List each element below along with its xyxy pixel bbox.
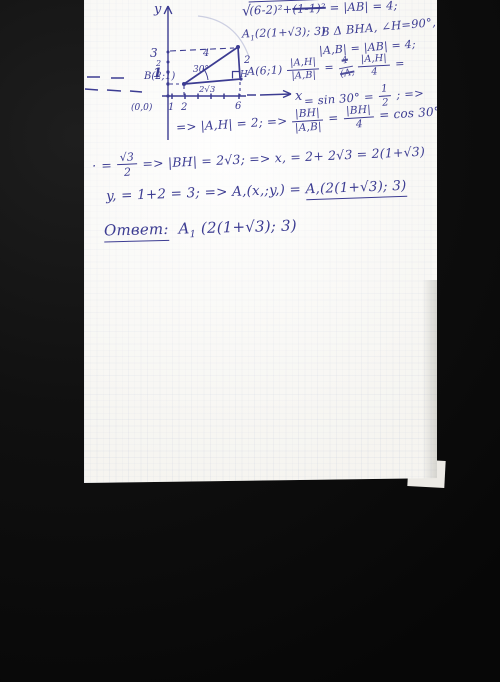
fraction: |BH|4: [343, 104, 375, 130]
x-tick-1: 1: [168, 102, 174, 113]
fraction: √32: [116, 151, 138, 177]
work-line-2a: A1(2(1+√3); 3): [242, 26, 326, 43]
worksheet-paper: y x 1 2 6 (0,0) 3 2 1: [84, 0, 437, 483]
base-length-label: 2√3: [198, 85, 215, 95]
y-axis-label: y: [153, 2, 162, 17]
final-answer: A1 (2(1+√3); 3): [173, 216, 297, 237]
x-tick-6: 6: [235, 101, 242, 112]
origin-label: (0,0): [131, 102, 153, 113]
fraction: |BH||A,B|: [292, 108, 324, 134]
angle-label: 30°: [193, 65, 209, 75]
hyp-length-label: 4: [202, 48, 209, 59]
paper-edge-shadow: [422, 280, 437, 483]
y-tick-3: 3: [150, 46, 158, 60]
photo-background: y x 1 2 6 (0,0) 3 2 1: [0, 0, 500, 682]
fraction: |A,H||A,B|: [287, 57, 320, 82]
x-axis-label: x: [295, 89, 303, 104]
crossed-out-fraction: 4(A,: [337, 55, 356, 80]
fraction: |A,H|4: [358, 54, 391, 79]
answer-label: Ответ:: [104, 220, 169, 243]
underlined-result: A,(2(1+√3); 3): [305, 178, 407, 201]
point-b-label: B(2;1): [143, 71, 175, 82]
x-tick-2: 2: [180, 102, 187, 113]
